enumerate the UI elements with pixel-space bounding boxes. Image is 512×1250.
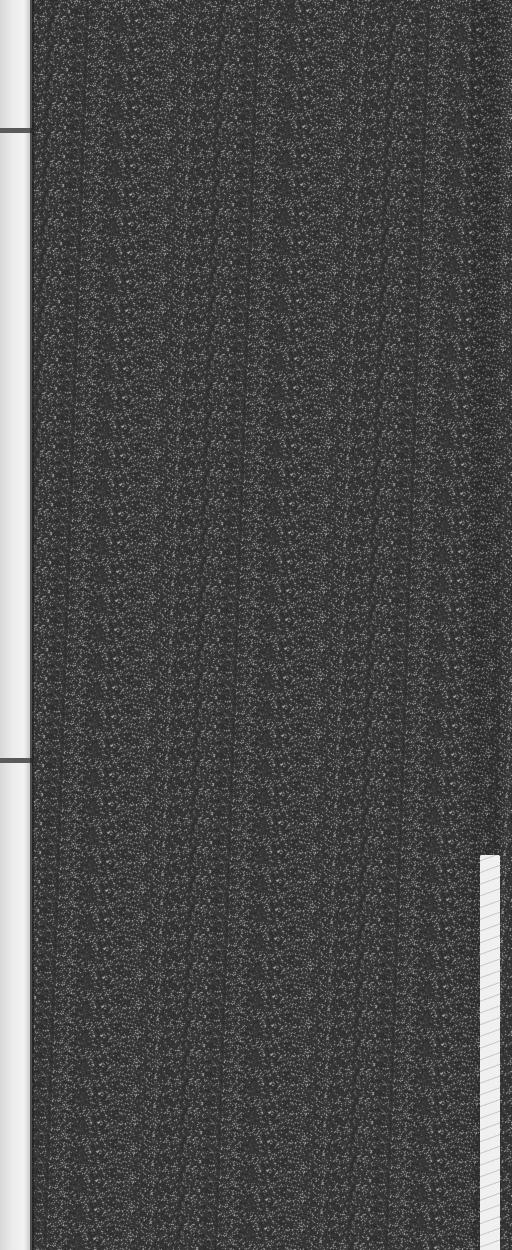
curb-edge bbox=[30, 0, 34, 1250]
lane-marking bbox=[480, 855, 500, 1250]
asphalt-surface bbox=[0, 0, 512, 1250]
sidewalk-joint bbox=[0, 128, 32, 133]
sidewalk-strip bbox=[0, 0, 32, 1250]
aerial-road-scene: Top-down aerial view of an asphalt road … bbox=[0, 0, 512, 1250]
sidewalk-joint bbox=[0, 758, 32, 763]
